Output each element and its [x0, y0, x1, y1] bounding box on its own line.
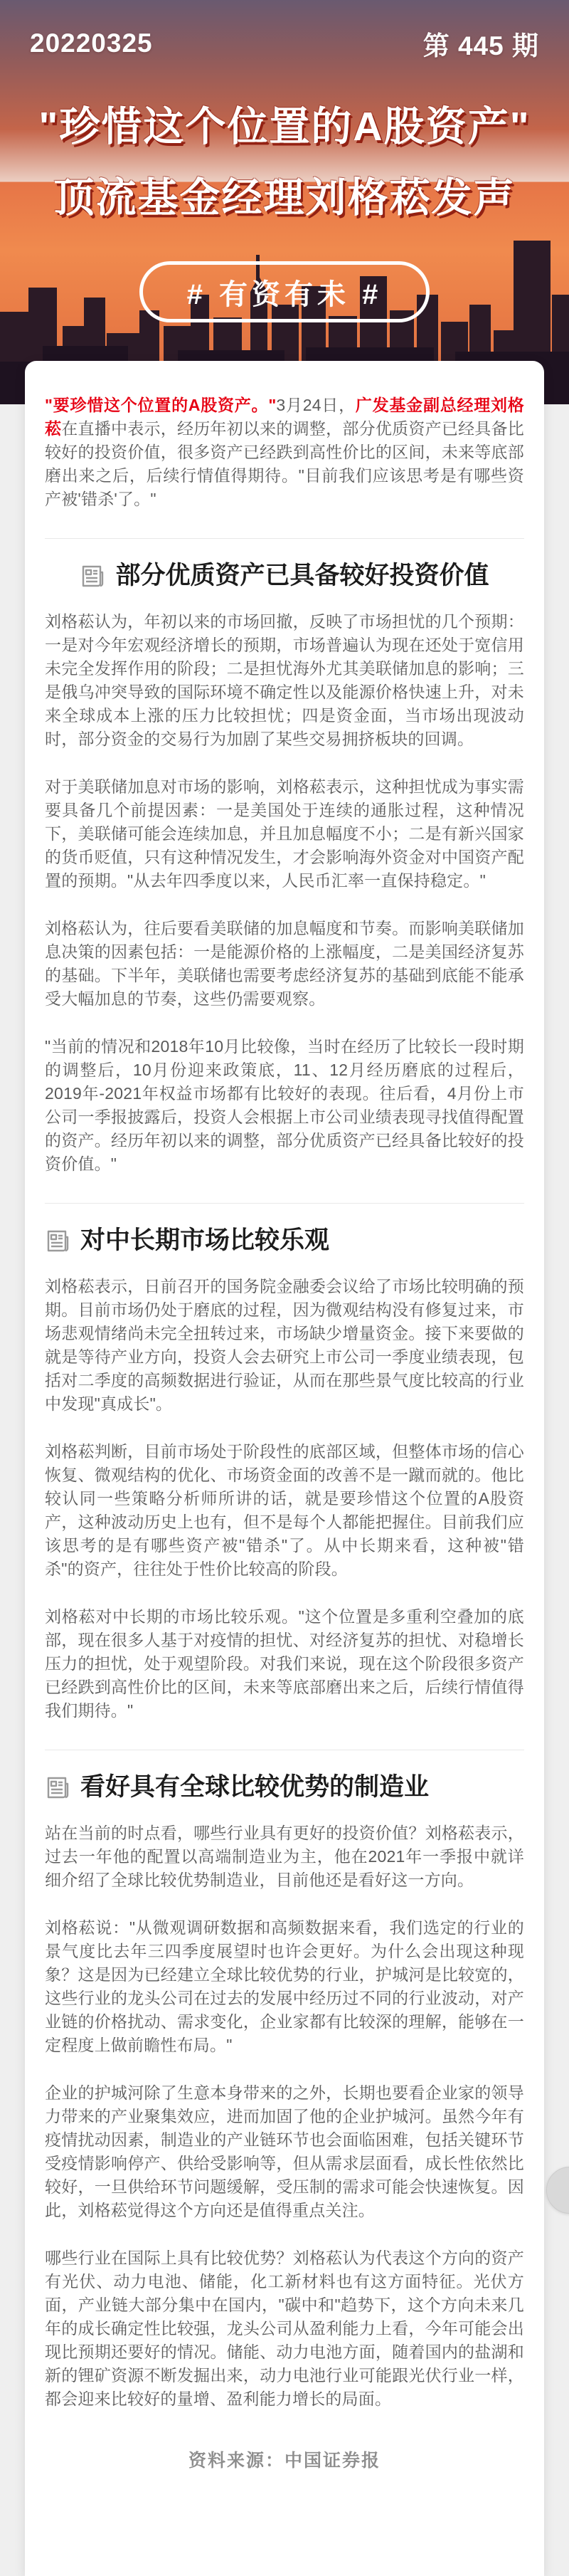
- section-divider: [45, 538, 524, 539]
- section-paragraphs: 刘格菘认为，年初以来的市场回撤，反映了市场担忧的几个预期：一是对今年宏观经济增长…: [45, 610, 524, 1176]
- article-paragraph: 刘格菘表示，日前召开的国务院金融委会议给了市场比较明确的预期。目前市场仍处于磨底…: [45, 1275, 524, 1416]
- issue-date: 20220325: [30, 28, 153, 58]
- issue-number: 第 445 期: [423, 24, 539, 63]
- hero-banner: 20220325 第 445 期 "珍惜这个位置的A股资产" 顶流基金经理刘格菘…: [0, 0, 569, 404]
- article-paragraph: 刘格菘对中长期的市场比较乐观。"这个位置是多重利空叠加的底部，现在很多人基于对疫…: [45, 1605, 524, 1723]
- article-paragraph: "当前的情况和2018年10月比较像，当时在经历了比较长一段时期的调整后，10月…: [45, 1035, 524, 1176]
- section-divider: [45, 1750, 524, 1750]
- section-divider: [45, 1203, 524, 1204]
- section-heading-text: 部分优质资产已具备较好投资价值: [115, 560, 489, 592]
- topic-badge: # 有资有未 #: [139, 261, 430, 322]
- article-section: 部分优质资产已具备较好投资价值 刘格菘认为，年初以来的市场回撤，反映了市场担忧的…: [45, 538, 524, 1176]
- article-card: "要珍惜这个位置的A股资产。"3月24日，广发基金副总经理刘格菘在直播中表示，经…: [25, 361, 544, 2576]
- article-paragraph: 企业的护城河除了生意本身带来的之外，长期也要看企业家的领导力带来的产业聚集效应，…: [45, 2081, 524, 2222]
- newspaper-icon: [45, 1229, 70, 1253]
- article-paragraph: 刘格菘判断，目前市场处于阶段性的底部区域，但整体市场的信心恢复、微观结构的优化、…: [45, 1440, 524, 1581]
- section-paragraphs: 站在当前的时点看，哪些行业具有更好的投资价值？刘格菘表示，过去一年他的配置以高端…: [45, 1821, 524, 2411]
- floating-widget[interactable]: [546, 2167, 569, 2214]
- newspaper-icon: [80, 564, 105, 588]
- section-heading: 部分优质资产已具备较好投资价值: [45, 560, 524, 592]
- article-paragraph: 刘格菘说："从微观调研数据和高频数据来看，我们选定的行业的景气度比去年三四季度展…: [45, 1916, 524, 2057]
- article-paragraph: 刘格菘认为，往后要看美联储的加息幅度和节奏。而影响美联储加息决策的因素包括：一是…: [45, 917, 524, 1011]
- section-heading: 对中长期市场比较乐观: [45, 1225, 524, 1256]
- intro-text: 3月24日，: [276, 396, 355, 414]
- section-heading: 看好具有全球比较优势的制造业: [45, 1772, 524, 1803]
- hero-top-row: 20220325 第 445 期: [0, 24, 569, 63]
- headline-line1: "珍惜这个位置的A股资产": [0, 94, 569, 152]
- section-heading-text: 对中长期市场比较乐观: [80, 1225, 329, 1256]
- article-section: 看好具有全球比较优势的制造业 站在当前的时点看，哪些行业具有更好的投资价值？刘格…: [45, 1750, 524, 2411]
- article-paragraph: 对于美联储加息对市场的影响，刘格菘表示，这种担忧成为事实需要具备几个前提因素：一…: [45, 775, 524, 893]
- article-section: 对中长期市场比较乐观 刘格菘表示，日前召开的国务院金融委会议给了市场比较明确的预…: [45, 1203, 524, 1723]
- intro-paragraph: "要珍惜这个位置的A股资产。"3月24日，广发基金副总经理刘格菘在直播中表示，经…: [45, 394, 524, 511]
- article-paragraph: 哪些行业在国际上具有比较优势？刘格菘认为代表这个方向的资产有光伏、动力电池、储能…: [45, 2246, 524, 2411]
- newspaper-icon: [45, 1775, 70, 1799]
- article-sections: 部分优质资产已具备较好投资价值 刘格菘认为，年初以来的市场回撤，反映了市场担忧的…: [45, 538, 524, 2411]
- article-paragraph: 站在当前的时点看，哪些行业具有更好的投资价值？刘格菘表示，过去一年他的配置以高端…: [45, 1821, 524, 1892]
- source-footer: 资料来源：中国证券报: [45, 2446, 524, 2472]
- intro-highlight: "要珍惜这个位置的A股资产。": [45, 396, 276, 414]
- article-paragraph: 刘格菘认为，年初以来的市场回撤，反映了市场担忧的几个预期：一是对今年宏观经济增长…: [45, 610, 524, 751]
- headline-line2: 顶流基金经理刘格菘发声: [0, 165, 569, 224]
- section-paragraphs: 刘格菘表示，日前召开的国务院金融委会议给了市场比较明确的预期。目前市场仍处于磨底…: [45, 1275, 524, 1723]
- intro-text: 在直播中表示，经历年初以来的调整，部分优质资产已经具备比较好的投资价值，很多资产…: [45, 419, 524, 508]
- section-heading-text: 看好具有全球比较优势的制造业: [80, 1772, 429, 1803]
